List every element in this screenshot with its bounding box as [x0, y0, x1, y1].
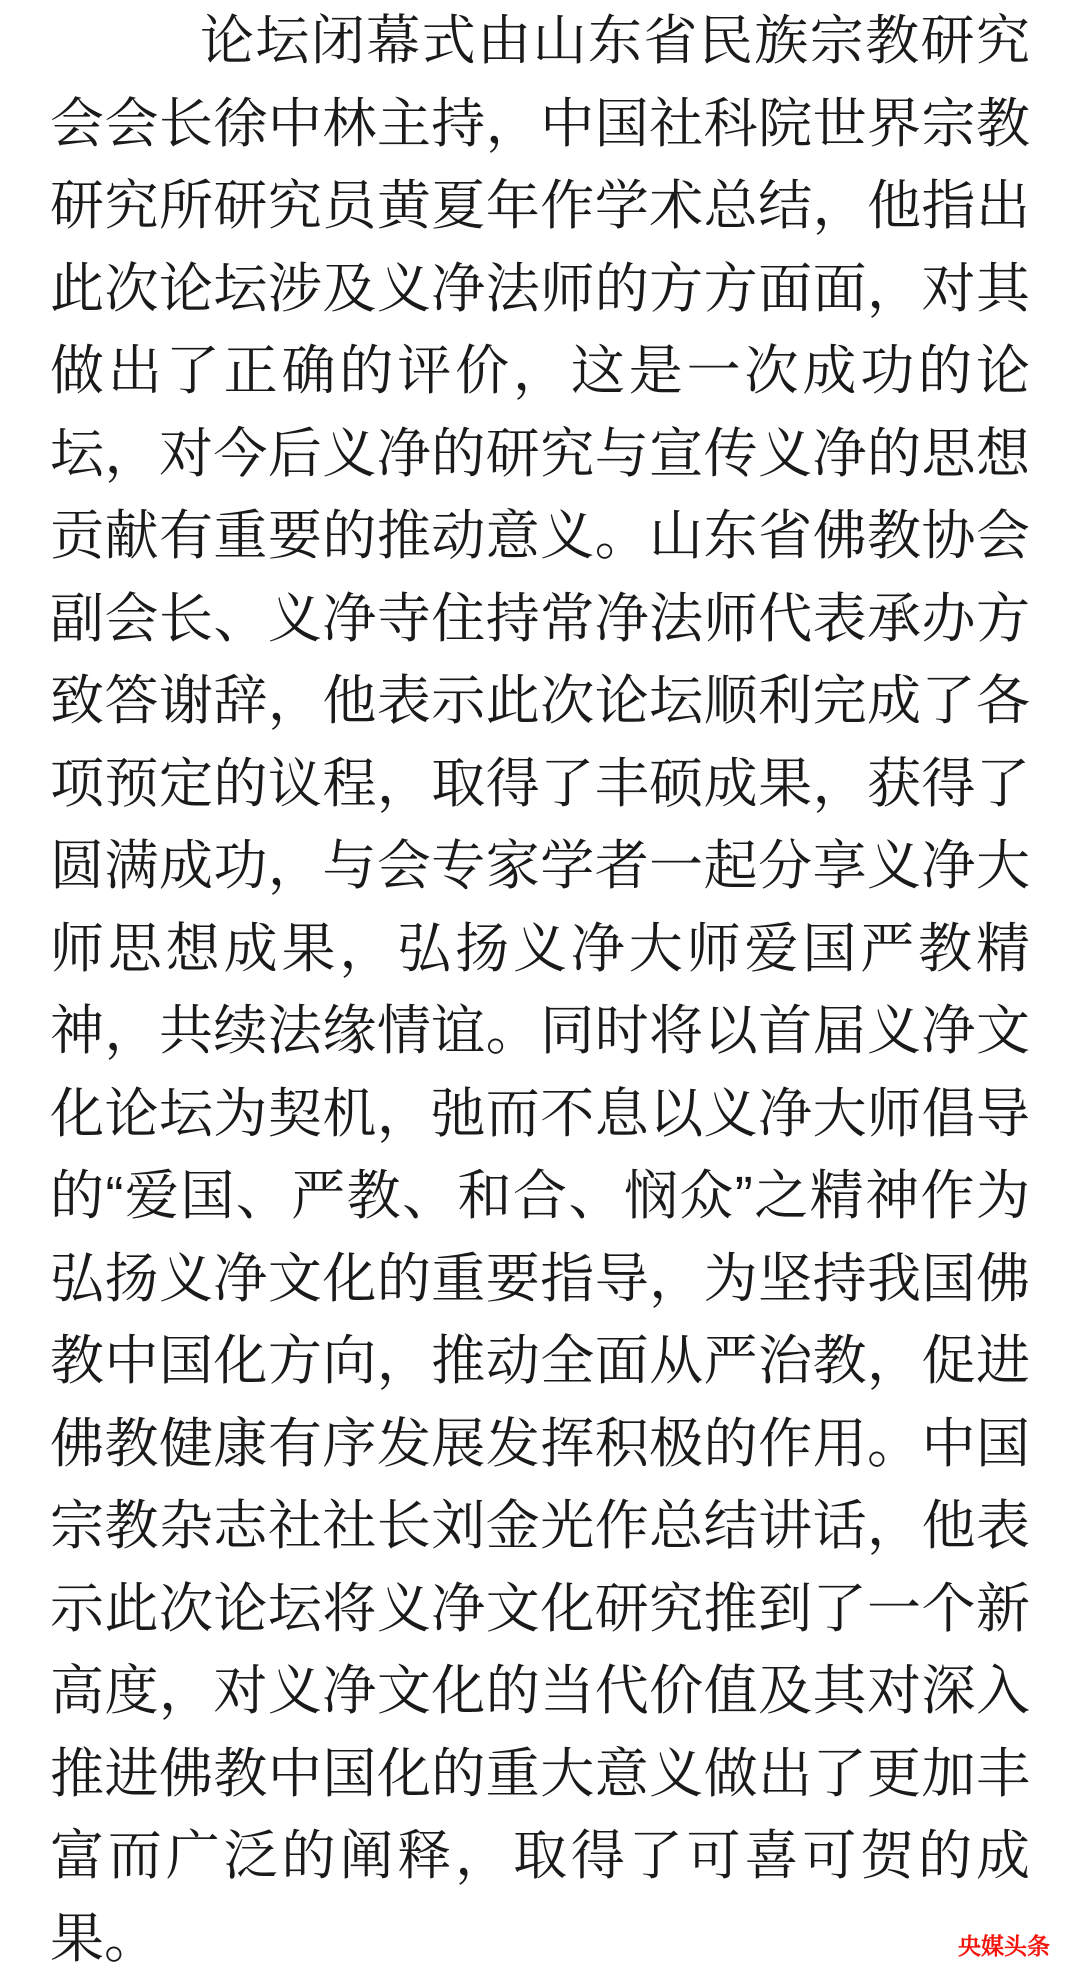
article-page: 论坛闭幕式由山东省民族宗教研究会会长徐中林主持，中国社科院世界宗教研究所研究员黄…	[0, 0, 1080, 1981]
watermark: 央媒头条	[958, 1928, 1050, 1961]
article-paragraph: 论坛闭幕式由山东省民族宗教研究会会长徐中林主持，中国社科院世界宗教研究所研究员黄…	[50, 0, 1030, 1980]
